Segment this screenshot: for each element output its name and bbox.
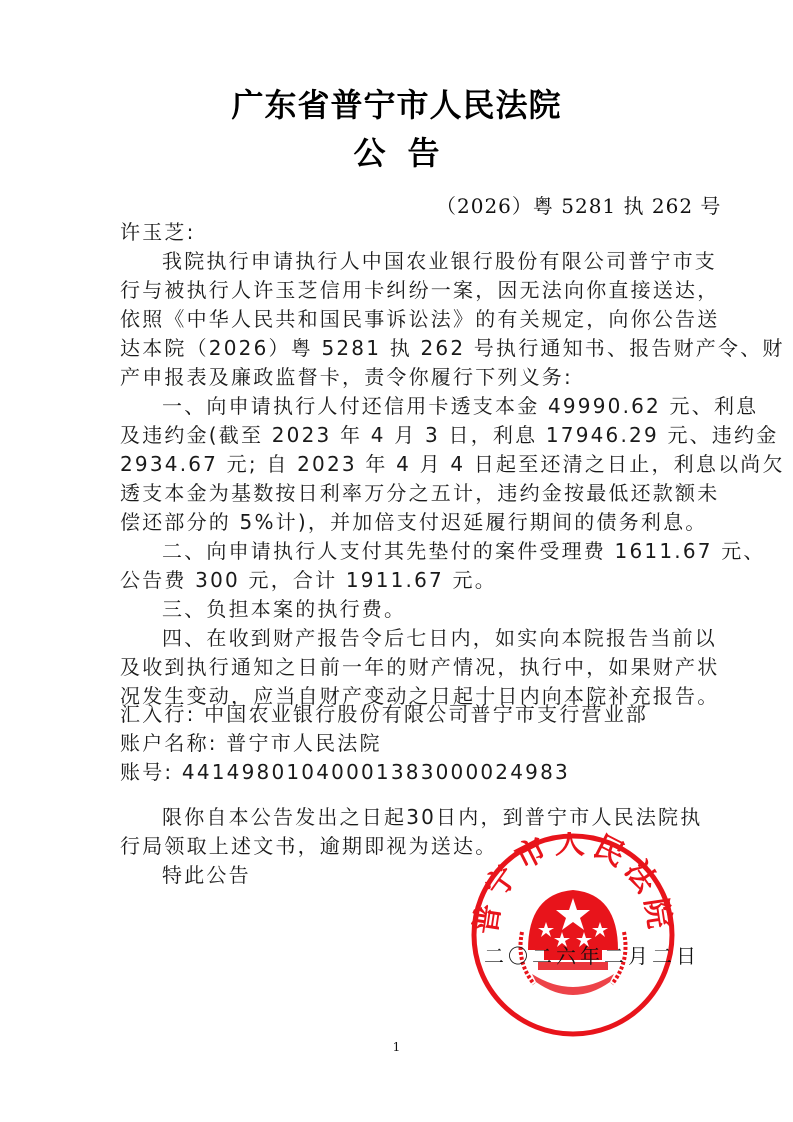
issue-date: 二〇二六年二月二日 — [484, 940, 700, 969]
text-line: 2934.67 元; 自 2023 年 4 月 4 日起至还清之日止，利息以尚欠 — [120, 450, 785, 479]
text-line: 行局领取上述文书，逾期即视为送达。 — [120, 832, 497, 861]
account-name: 账户名称: 普宁市人民法院 — [120, 729, 382, 758]
text-line: 达本院（2026）粤 5281 执 262 号执行通知书、报告财产令、财 — [120, 334, 785, 363]
text-line: 依照《中华人民共和国民事诉讼法》的有关规定，向你公告送 — [120, 305, 719, 334]
text-line: 我院执行申请执行人中国农业银行股份有限公司普宁市支 — [162, 247, 717, 276]
court-seal-icon: 普宁市人民法院 — [470, 832, 676, 1038]
text-line: 透支本金为基数按日利率万分之五计，违约金按最低还款额未 — [120, 479, 719, 508]
text-line: 行与被执行人许玉芝信用卡纠纷一案，因无法向你直接送达， — [120, 276, 719, 305]
text-line: 四、在收到财产报告令后七日内，如实向本院报告当前以 — [162, 624, 717, 653]
bank-name: 汇入行: 中国农业银行股份有限公司普宁市支行营业部 — [120, 700, 648, 729]
text-line: 产申报表及廉政监督卡，责令你履行下列义务: — [120, 363, 573, 392]
text-line: 偿还部分的 5%计)，并加倍支付迟延履行期间的债务利息。 — [120, 508, 708, 537]
text-line: 二、向申请执行人支付其先垫付的案件受理费 1611.67 元、 — [162, 537, 766, 566]
document-type-title: 公告 — [0, 128, 793, 174]
case-number: （2026）粤 5281 执 262 号 — [436, 190, 721, 219]
text-line: 一、向申请执行人付还信用卡透支本金 49990.62 元、利息 — [162, 392, 758, 421]
text-line: 限你自本公告发出之日起30日内，到普宁市人民法院执 — [162, 803, 702, 832]
addressee: 许玉芝: — [120, 218, 196, 247]
page-number: 1 — [0, 1040, 793, 1054]
text-line: 及违约金(截至 2023 年 4 月 3 日，利息 17946.29 元、违约金 — [120, 421, 778, 450]
court-title: 广东省普宁市人民法院 — [0, 80, 793, 126]
text-line: 及收到执行通知之日前一年的财产情况，执行中，如果财产状 — [120, 653, 719, 682]
text-line: 三、负担本案的执行费。 — [162, 595, 406, 624]
account-number: 账号: 44149801040001383000024983 — [120, 758, 570, 787]
sign-off: 特此公告 — [162, 861, 251, 890]
text-line: 公告费 300 元，合计 1911.67 元。 — [120, 566, 497, 595]
